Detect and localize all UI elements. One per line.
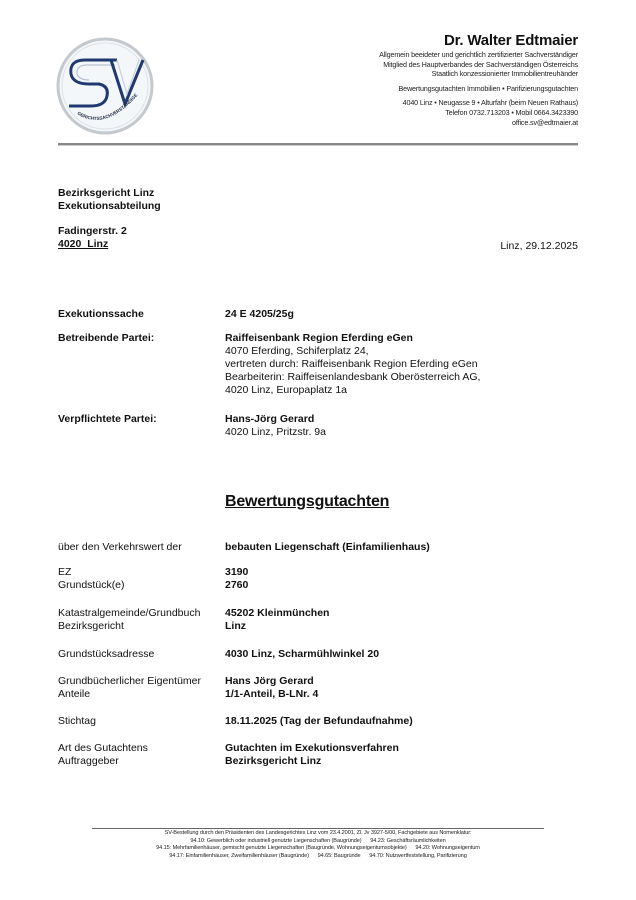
detail-label: über den Verkehrswert der — [58, 541, 223, 554]
creditor-line: Bearbeiterin: Raiffeisenlandesbank Oberö… — [225, 371, 480, 384]
detail-value: Gutachten im ExekutionsverfahrenBezirksg… — [225, 742, 399, 768]
recipient-court: Bezirksgericht Linz — [58, 187, 161, 200]
recipient-street: Fadingerstr. 2 — [58, 225, 161, 238]
detail-value: bebauten Liegenschaft (Einfamilienhaus) — [225, 541, 430, 554]
detail-label-text: Bezirksgericht — [58, 620, 223, 633]
credential-line: Allgemein beeideter und gerichtlich zert… — [379, 50, 578, 60]
recipient-department: Exekutionsabteilung — [58, 200, 161, 213]
footer-line: 94.17: Einfamilienhäuser, Zweifamilienhä… — [60, 853, 576, 861]
footer-line: 94.10: Gewerblich oder industriell genut… — [60, 838, 576, 846]
services-line: Bewertungsgutachten Immobilien • Parifiz… — [379, 84, 578, 94]
detail-label-text: Grundbücherlicher Eigentümer — [58, 675, 223, 688]
detail-value-text: bebauten Liegenschaft (Einfamilienhaus) — [225, 541, 430, 554]
detail-label: Grundstücksadresse — [58, 648, 223, 661]
recipient-address: Bezirksgericht Linz Exekutionsabteilung … — [58, 187, 161, 251]
detail-value-text: Linz — [225, 620, 329, 633]
detail-label-text: Grundstück(e) — [58, 579, 223, 592]
detail-label: Grundbücherlicher EigentümerAnteile — [58, 675, 223, 701]
recipient-city: 4020 Linz — [58, 238, 161, 251]
footer-line: SV-Bestellung durch den Präsidenten des … — [60, 830, 576, 838]
office-address: 4040 Linz • Neugasse 9 • Alturfahr (beim… — [379, 98, 578, 108]
footer-divider — [92, 828, 544, 829]
creditor-label: Betreibende Partei: — [58, 332, 223, 345]
header-divider — [58, 143, 578, 146]
detail-label-text: EZ — [58, 566, 223, 579]
detail-label-text: Art des Gutachtens — [58, 742, 223, 755]
detail-value-text: 2760 — [225, 579, 248, 592]
footer-certification: SV-Bestellung durch den Präsidenten des … — [60, 830, 576, 860]
detail-label: Stichtag — [58, 715, 223, 728]
detail-value-text: 45202 Kleinmünchen — [225, 607, 329, 620]
detail-label-text: Auftraggeber — [58, 755, 223, 768]
detail-value-text: Hans Jörg Gerard — [225, 675, 318, 688]
phone-line: Telefon 0732.713203 • Mobil 0664.3423390 — [379, 108, 578, 118]
detail-label: Katastralgemeinde/GrundbuchBezirksgerich… — [58, 607, 223, 633]
letterhead: Dr. Walter Edtmaier Allgemein beeideter … — [379, 32, 578, 127]
detail-label-text: Katastralgemeinde/Grundbuch — [58, 607, 223, 620]
letter-date: Linz, 29.12.2025 — [500, 240, 578, 252]
detail-value-text: Bezirksgericht Linz — [225, 755, 399, 768]
sv-logo: GERICHTSSACHVERSTÄNDIGE — [55, 36, 155, 136]
creditor-line: 4070 Eferding, Schiferplatz 24, — [225, 345, 480, 358]
detail-value-text: 18.11.2025 (Tag der Befundaufnahme) — [225, 715, 413, 728]
detail-value-text: Gutachten im Exekutionsverfahren — [225, 742, 399, 755]
debtor-name: Hans-Jörg Gerard — [225, 413, 326, 426]
debtor-address: 4020 Linz, Pritzstr. 9a — [225, 426, 326, 439]
detail-label: Art des GutachtensAuftraggeber — [58, 742, 223, 768]
creditor-line: 4020 Linz, Europaplatz 1a — [225, 384, 480, 397]
detail-label-text: über den Verkehrswert der — [58, 541, 223, 554]
detail-label: EZGrundstück(e) — [58, 566, 223, 592]
creditor-line: vertreten durch: Raiffeisenbank Region E… — [225, 358, 480, 371]
credential-line: Mitglied des Hauptverbandes der Sachvers… — [379, 60, 578, 70]
sv-logo-icon: GERICHTSSACHVERSTÄNDIGE — [55, 36, 155, 136]
detail-value-text: 3190 — [225, 566, 248, 579]
detail-value-text: 1/1-Anteil, B-LNr. 4 — [225, 688, 318, 701]
detail-value: Hans Jörg Gerard1/1-Anteil, B-LNr. 4 — [225, 675, 318, 701]
expert-name: Dr. Walter Edtmaier — [379, 32, 578, 50]
footer-line: 94.15: Mehrfamilienhäuser, gemischt genu… — [60, 845, 576, 853]
detail-value-text: 4030 Linz, Scharmühlwinkel 20 — [225, 648, 379, 661]
detail-value: 45202 KleinmünchenLinz — [225, 607, 329, 633]
case-number-value: 24 E 4205/25g — [225, 308, 294, 321]
case-number-label: Exekutionssache — [58, 308, 223, 321]
creditor-name: Raiffeisenbank Region Eferding eGen — [225, 332, 480, 345]
detail-label-text: Anteile — [58, 688, 223, 701]
debtor-label: Verpflichtete Partei: — [58, 413, 223, 426]
detail-label-text: Stichtag — [58, 715, 223, 728]
detail-value: 18.11.2025 (Tag der Befundaufnahme) — [225, 715, 413, 728]
detail-value: 4030 Linz, Scharmühlwinkel 20 — [225, 648, 379, 661]
document-title: Bewertungsgutachten — [225, 493, 389, 511]
detail-label-text: Grundstücksadresse — [58, 648, 223, 661]
email-link[interactable]: office.sv@edtmaier.at — [379, 118, 578, 128]
detail-value: 31902760 — [225, 566, 248, 592]
credential-line: Staatlich konzessionierter Immobilientre… — [379, 69, 578, 79]
